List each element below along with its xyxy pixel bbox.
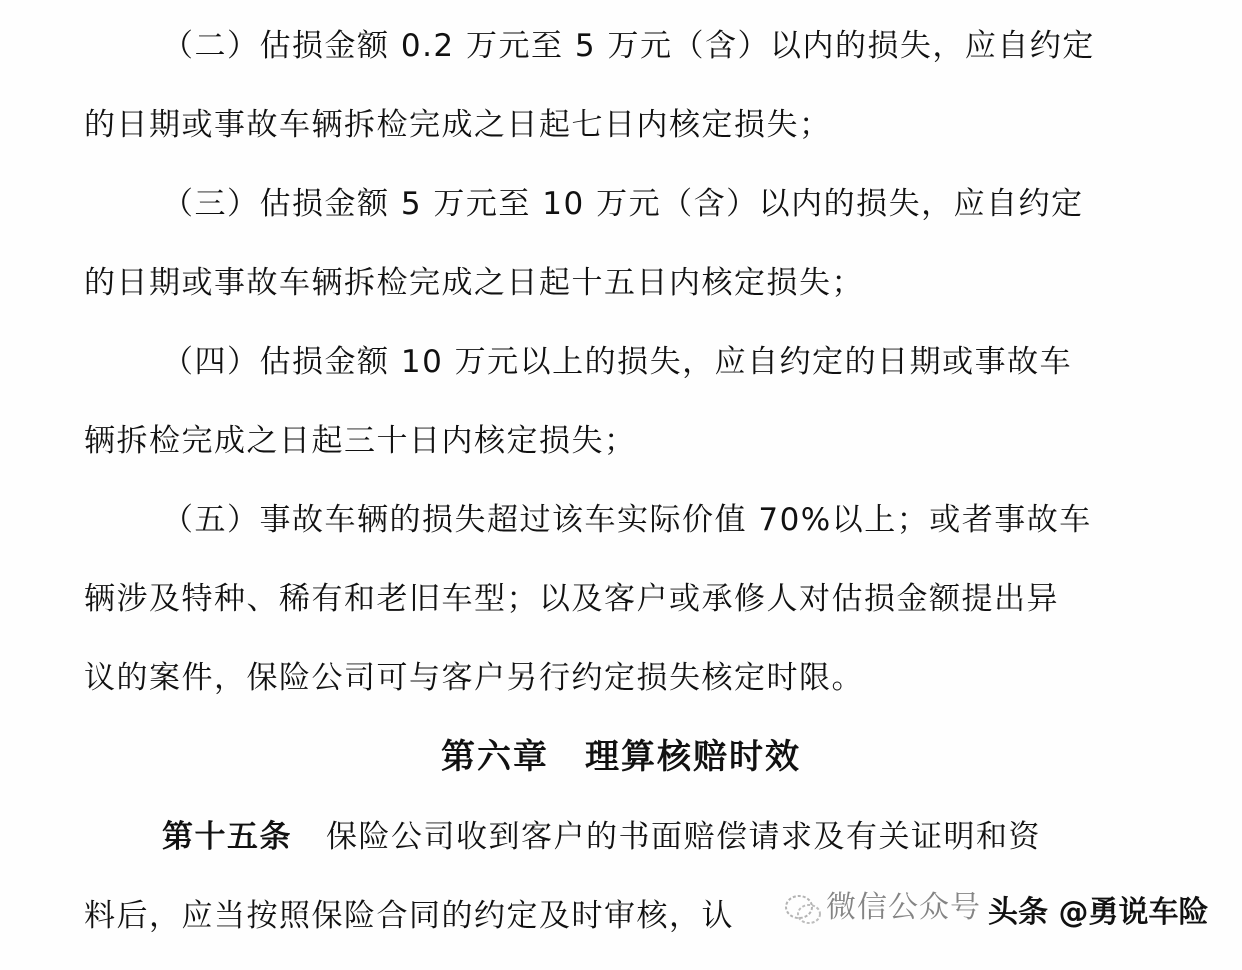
wechat-icon bbox=[783, 893, 823, 927]
article-15-line-1: 第十五条保险公司收到客户的书面赔偿请求及有关证明和资 bbox=[162, 817, 1142, 857]
paragraph-item-4-line-2: 辆拆检完成之日起三十日内核定损失； bbox=[84, 421, 1144, 461]
article-heading: 第十五条 bbox=[162, 819, 292, 855]
paragraph-item-2-line-1: （二）估损金额 0.2 万元至 5 万元（含）以内的损失，应自约定 bbox=[162, 26, 1142, 66]
paragraph-item-2-line-2: 的日期或事故车辆拆检完成之日起七日内核定损失； bbox=[84, 105, 1144, 145]
chapter-title: 第六章 理算核赔时效 bbox=[0, 735, 1242, 779]
paragraph-item-5-line-1: （五）事故车辆的损失超过该车实际价值 70%以上；或者事故车 bbox=[162, 500, 1142, 540]
article-15-line-2: 料后，应当按照保险合同的约定及时审核，认 bbox=[84, 896, 1144, 936]
paragraph-item-4-line-1: （四）估损金额 10 万元以上的损失，应自约定的日期或事故车 bbox=[162, 342, 1142, 382]
wechat-watermark-label: 微信公众号 bbox=[826, 888, 981, 928]
toutiao-watermark-label: 头条 @勇说车险 bbox=[988, 893, 1208, 933]
paragraph-item-3-line-2: 的日期或事故车辆拆检完成之日起十五日内核定损失； bbox=[84, 263, 1144, 303]
paragraph-item-5-line-2: 辆涉及特种、稀有和老旧车型；以及客户或承修人对估损金额提出异 bbox=[84, 579, 1144, 619]
document-page: （二）估损金额 0.2 万元至 5 万元（含）以内的损失，应自约定 的日期或事故… bbox=[0, 0, 1242, 970]
paragraph-item-5-line-3: 议的案件，保险公司可与客户另行约定损失核定时限。 bbox=[84, 658, 1144, 698]
article-15-text-1: 保险公司收到客户的书面赔偿请求及有关证明和资 bbox=[326, 819, 1041, 855]
paragraph-item-3-line-1: （三）估损金额 5 万元至 10 万元（含）以内的损失，应自约定 bbox=[162, 184, 1142, 224]
